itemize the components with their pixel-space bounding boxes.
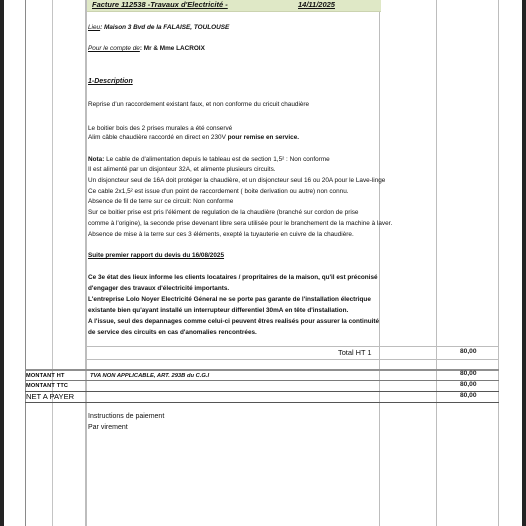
description-line: Un disjoncteur seul de 16A doit protéger… bbox=[88, 177, 385, 185]
summary-top-border bbox=[25, 369, 499, 371]
montant-ttc-label: MONTANT TTC bbox=[26, 383, 68, 389]
description-line: comme à l'origine), la seconde prise dev… bbox=[88, 220, 392, 228]
description-line: Nota: Le cable de d'alimentation depuis … bbox=[88, 156, 330, 164]
description-line: Il est alimenté par un disjonteur 32A, e… bbox=[88, 166, 276, 174]
column-divider bbox=[25, 0, 26, 526]
column-divider bbox=[52, 0, 53, 526]
client-line: Pour le compte de: Mr & Mme LACROIX bbox=[88, 45, 205, 53]
total-ht1-value: 80,00 bbox=[460, 348, 477, 355]
column-divider bbox=[498, 0, 499, 526]
description-line: Le boitier bois des 2 prises murales a é… bbox=[88, 125, 232, 133]
description-line: Sur ce boitier prise est pris l'élément … bbox=[88, 209, 359, 217]
followup-line: Ce 3e état des lieux informe les clients… bbox=[88, 274, 378, 282]
nota-label: Nota: bbox=[88, 156, 104, 163]
column-divider bbox=[379, 0, 380, 526]
location-value: : Maison 3 Bvd de la FALAISE, TOULOUSE bbox=[100, 24, 229, 31]
net-a-payer-label: NET A PAYER bbox=[26, 393, 74, 401]
description-line: Alim câble chaudière raccordé en direct … bbox=[88, 134, 299, 142]
description-heading: 1-Description bbox=[88, 78, 133, 86]
location-label: Lieu bbox=[88, 24, 100, 31]
invoice-title: Facture 112538 -Travaux d'Electricité - bbox=[92, 1, 228, 9]
montant-ttc-value: 80,00 bbox=[460, 381, 477, 388]
client-value: : Mr & Mme LACROIX bbox=[140, 45, 205, 52]
montant-ht-value: 80,00 bbox=[460, 370, 477, 377]
invoice-page: Facture 112538 -Travaux d'Electricité - … bbox=[4, 0, 522, 526]
followup-line: d'engager des travaux d'électricité impo… bbox=[88, 285, 229, 293]
followup-line: existante bien qu'ayant installé un inte… bbox=[88, 307, 348, 315]
row-divider bbox=[87, 359, 499, 360]
row-divider bbox=[25, 391, 499, 392]
payment-instructions-title: Instructions de paiement bbox=[88, 413, 164, 421]
followup-line: A l'issue, seul des depannages comme cel… bbox=[88, 318, 379, 326]
location-line: Lieu: Maison 3 Bvd de la FALAISE, TOULOU… bbox=[88, 24, 229, 32]
followup-line: de service des circuits en cas d'anomali… bbox=[88, 329, 257, 337]
description-line: Ce cable 2x1,5² est issue d'un point de … bbox=[88, 188, 349, 196]
payment-method: Par virement bbox=[88, 424, 128, 432]
description-line: Absence de fil de terre sur ce circuit: … bbox=[88, 198, 233, 206]
client-label: Pour le compte de bbox=[88, 45, 140, 52]
net-a-payer-value: 80,00 bbox=[460, 392, 477, 399]
followup-heading: Suite premier rapport du devis du 16/08/… bbox=[88, 252, 224, 260]
row-divider bbox=[25, 402, 499, 403]
description-emphasis: pour remise en service. bbox=[226, 134, 299, 141]
row-divider bbox=[87, 346, 499, 347]
total-ht1-label: Total HT 1 bbox=[338, 349, 372, 357]
column-divider bbox=[436, 0, 437, 526]
row-divider bbox=[25, 380, 499, 381]
invoice-date: 14/11/2025 bbox=[298, 1, 335, 9]
description-line: Reprise d'un raccordement existant faux,… bbox=[88, 101, 309, 109]
followup-line: L'entreprise Lolo Noyer Electricité Géne… bbox=[88, 296, 371, 304]
montant-ht-label: MONTANT HT bbox=[26, 373, 65, 379]
tva-note: TVA NON APPLICABLE, ART. 293B du C.G.I bbox=[90, 372, 209, 380]
description-line: Absence de mise à la terre sur ces 3 élé… bbox=[88, 231, 354, 239]
description-text: Alim câble chaudière raccordé en direct … bbox=[88, 134, 226, 141]
description-text: Le cable de d'alimentation depuis le tab… bbox=[104, 156, 329, 163]
column-divider bbox=[85, 0, 87, 526]
